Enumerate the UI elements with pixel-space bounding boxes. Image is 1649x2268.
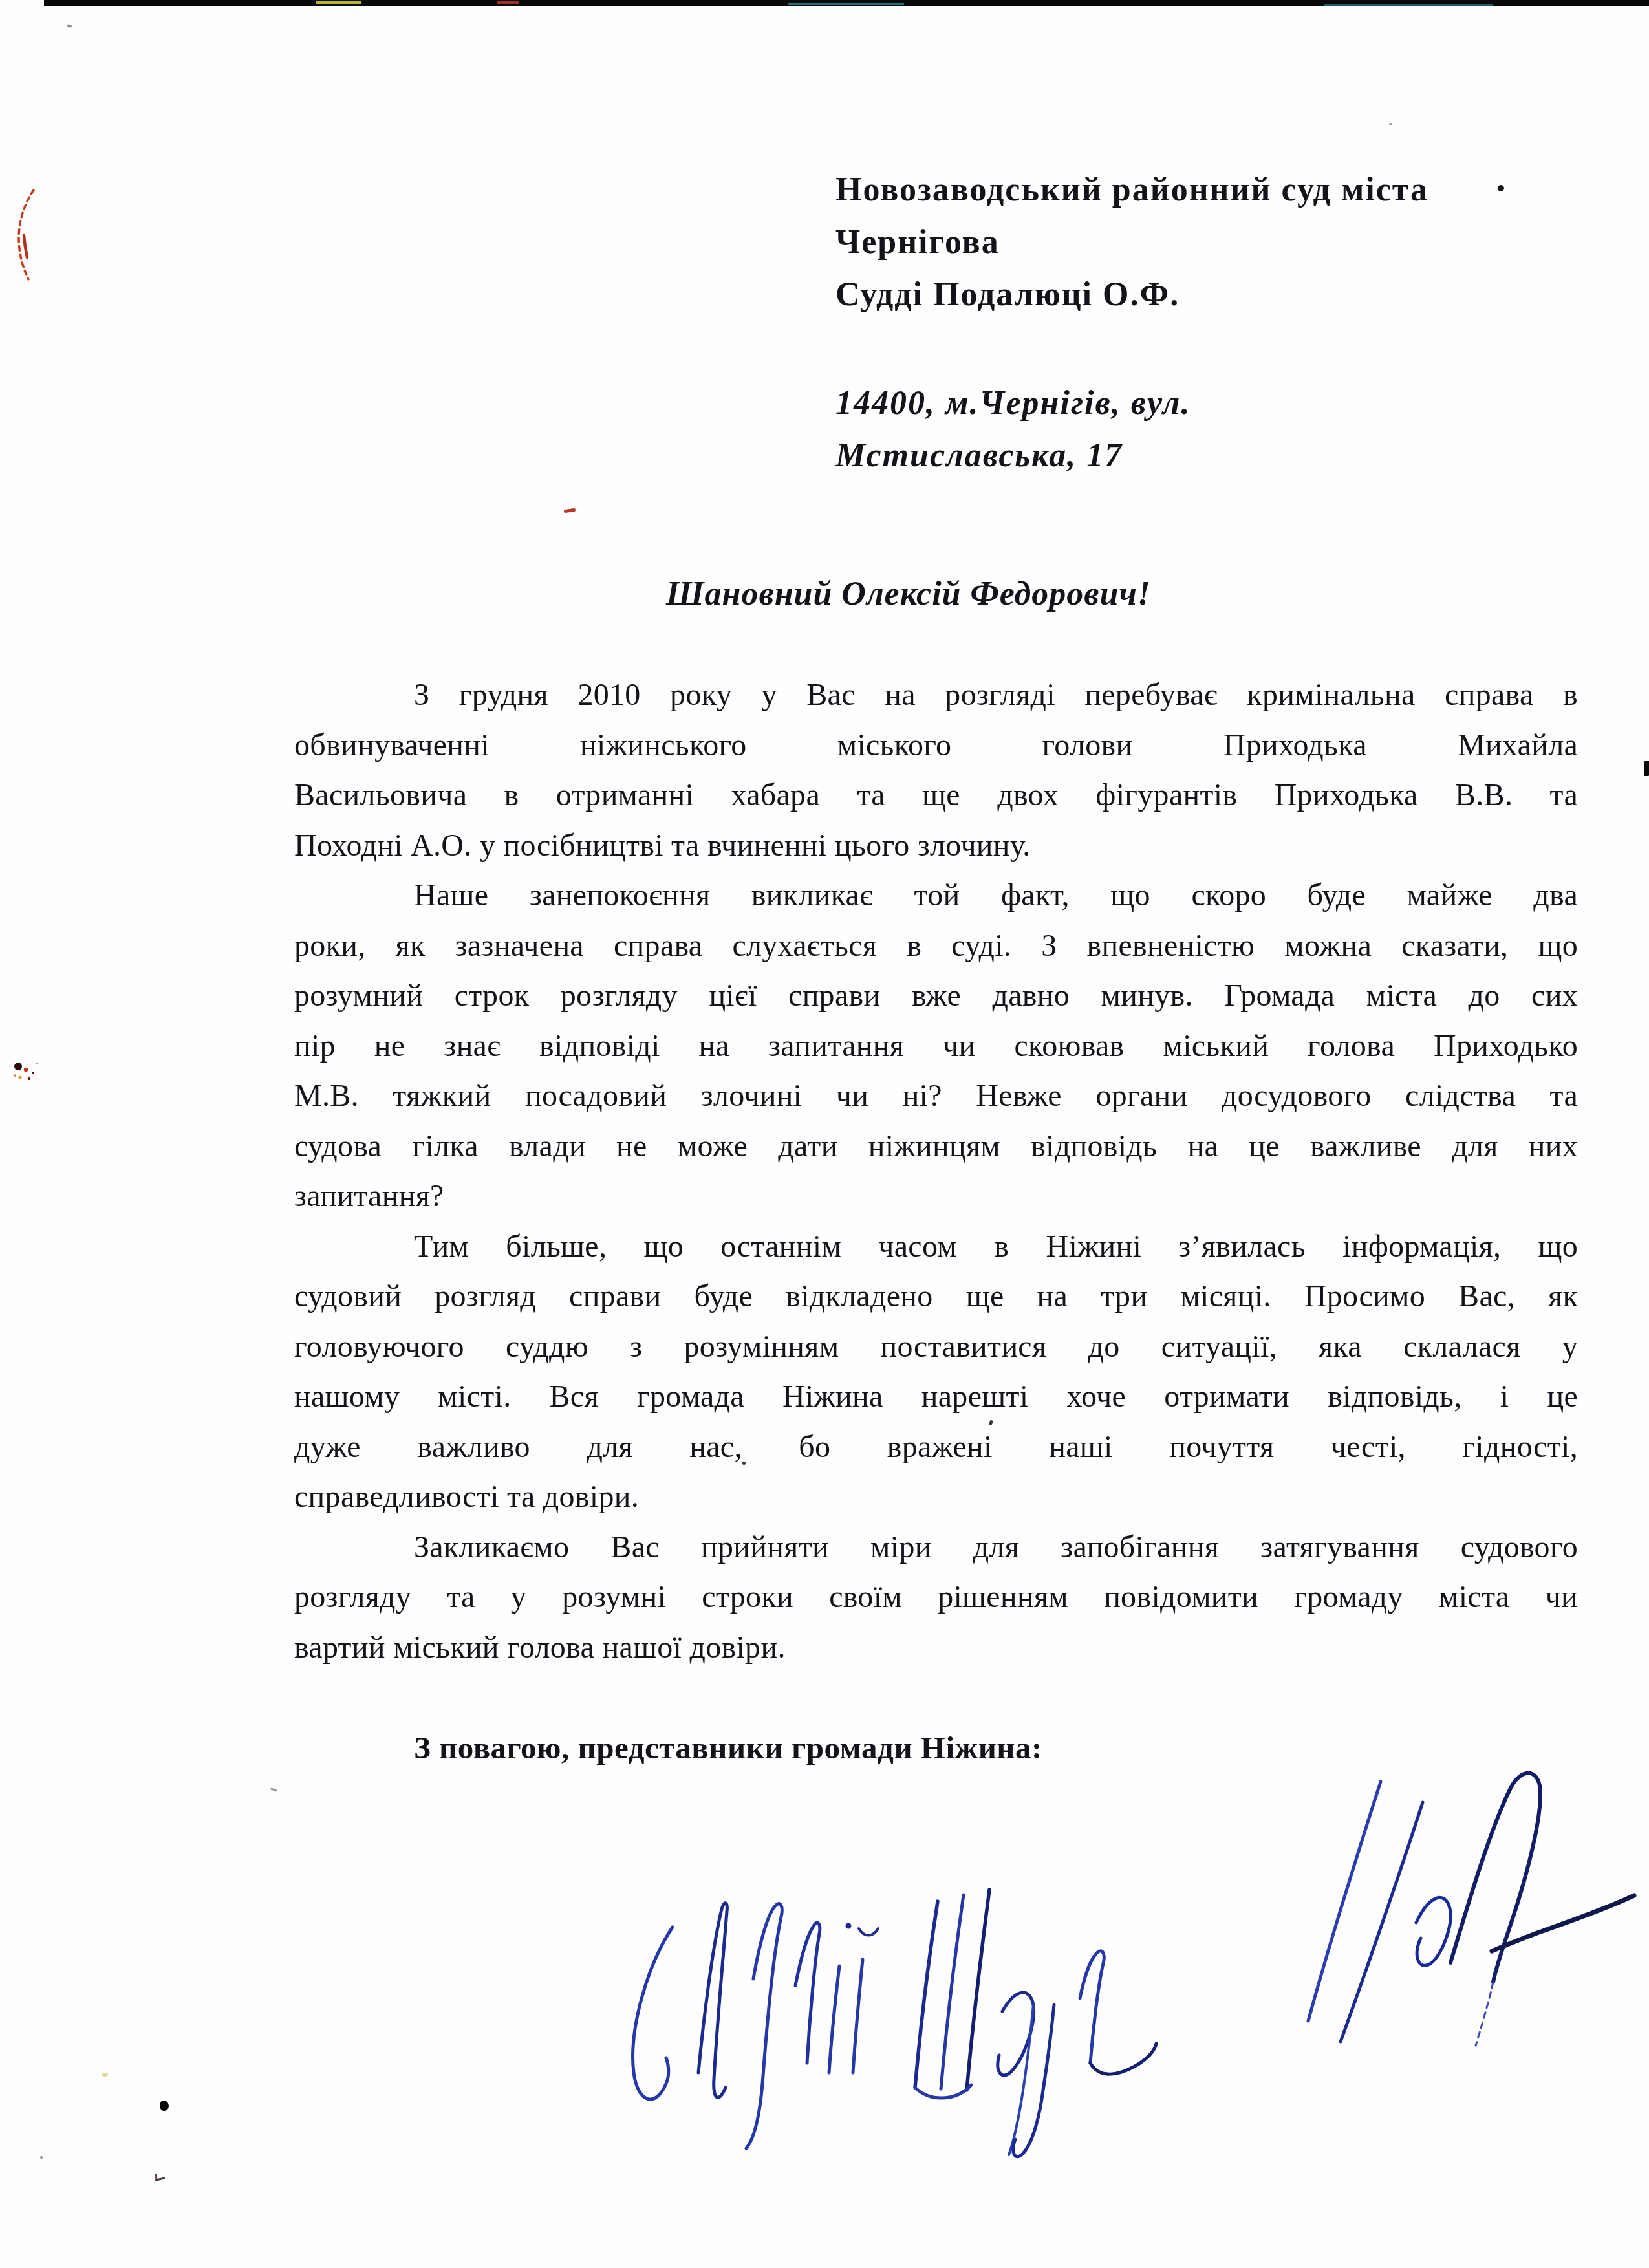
body-line: дуже важливо для нас, бо вражені наші по… xyxy=(294,1422,1578,1473)
body-line: розумний строк розгляду цієї справи вже … xyxy=(294,971,1578,1021)
letter-body: З грудня 2010 року у Вас на розгляді пер… xyxy=(294,670,1578,1672)
body-line: нашому місті. Вся громада Ніжина нарешті… xyxy=(294,1372,1578,1422)
speck xyxy=(742,1462,746,1465)
red-dash-artifact xyxy=(564,508,576,513)
speck xyxy=(67,24,72,28)
body-line: головуючого суддю з розумінням поставити… xyxy=(294,1322,1578,1372)
body-line: справедливості та довіри. xyxy=(294,1472,1578,1522)
recipient-judge-line: Судді Подалюці О.Ф. xyxy=(835,268,1428,321)
body-line: Васильовича в отриманні хабара та ще дво… xyxy=(294,770,1578,821)
scan-noise xyxy=(316,1,361,4)
scanned-letter-page: Новозаводський районний суд міста Черніг… xyxy=(0,0,1649,2268)
recipient-court-line1: Новозаводський районний суд міста xyxy=(835,164,1428,216)
body-line: Закликаємо Вас прийняти міри для запобіг… xyxy=(294,1522,1578,1573)
body-line: запитання? xyxy=(294,1171,1578,1222)
body-line: обвинуваченні ніжинського міського голов… xyxy=(294,720,1578,771)
speck xyxy=(1389,123,1392,125)
body-line: судова гілка влади не може дати ніжинцям… xyxy=(294,1121,1578,1172)
recipient-address-line1: 14400, м.Чернігів, вул. xyxy=(835,377,1191,429)
body-line: З грудня 2010 року у Вас на розгляді пер… xyxy=(294,670,1578,720)
body-line: М.В. тяжкий посадовий злочині чи ні? Нев… xyxy=(294,1071,1578,1121)
signature-second xyxy=(1284,1762,1646,2060)
body-line: Наше занепокоєння викликає той факт, що … xyxy=(294,870,1578,921)
salutation: Шановний Олексій Федорович! xyxy=(666,575,1151,613)
body-line: судовий розгляд справи буде відкладено щ… xyxy=(294,1271,1578,1322)
body-line: вартий міський голова нашої довіри. xyxy=(294,1623,1578,1673)
body-line: пір не знає відповіді на запитання чи ск… xyxy=(294,1021,1578,1072)
signature-first xyxy=(601,1850,1183,2166)
ink-dot-artifact xyxy=(1498,185,1504,191)
recipient-address-line2: Мстиславська, 17 xyxy=(835,429,1191,482)
scan-noise xyxy=(497,1,519,4)
recipient-address-block: 14400, м.Чернігів, вул. Мстиславська, 17 xyxy=(835,377,1191,482)
ink-speck-cluster xyxy=(9,1058,48,1097)
ink-blob xyxy=(160,2101,169,2111)
red-arc-mark xyxy=(8,186,41,283)
recipient-court-line2: Чернігова xyxy=(835,216,1428,268)
body-line: Тим більше, що останнім часом в Ніжині з… xyxy=(294,1222,1578,1272)
speck xyxy=(270,1787,277,1791)
body-line: роки, як зазначена справа слухається в с… xyxy=(294,921,1578,971)
body-line: розгляду та у розумні строки своїм рішен… xyxy=(294,1572,1578,1623)
speck xyxy=(102,2073,108,2077)
scan-edge-mark xyxy=(1644,761,1649,776)
pen-tick-mark xyxy=(155,2172,165,2181)
scan-noise xyxy=(788,3,904,5)
scan-noise xyxy=(1324,4,1493,6)
body-line: Походні А.О. у посібництві та вчиненні ц… xyxy=(294,821,1578,871)
speck xyxy=(40,2156,43,2159)
scan-edge-strip xyxy=(44,0,1649,6)
recipient-block: Новозаводський районний суд міста Черніг… xyxy=(835,164,1428,321)
closing-line: З повагою, представники громади Ніжина: xyxy=(414,1729,1042,1766)
